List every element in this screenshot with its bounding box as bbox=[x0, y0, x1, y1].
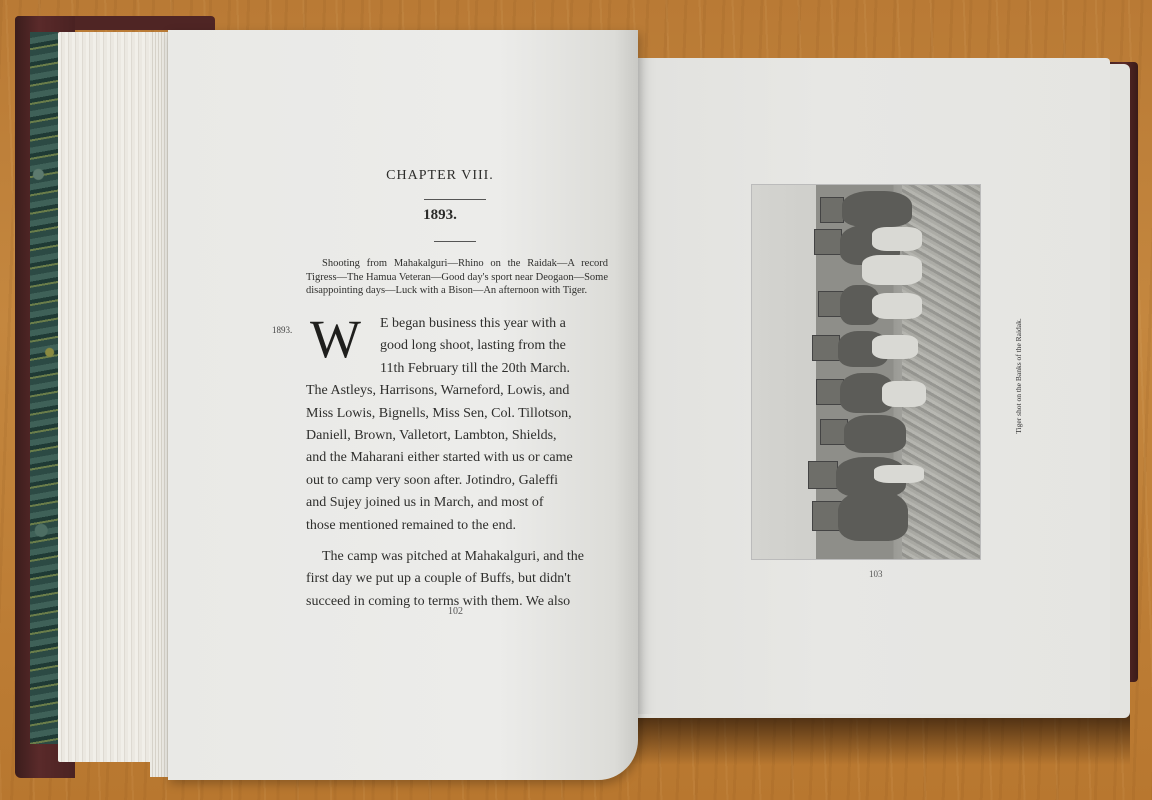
body-line: The Astleys, Harrisons, Warneford, Lowis… bbox=[306, 380, 600, 402]
person bbox=[872, 293, 922, 319]
marbled-endpaper bbox=[30, 32, 58, 744]
page-number-left: 102 bbox=[448, 606, 463, 617]
elephant bbox=[844, 415, 906, 453]
elephant bbox=[838, 491, 908, 541]
person bbox=[874, 465, 924, 483]
chapter-heading: CHAPTER VIII. bbox=[370, 168, 510, 184]
body-line: out to camp very soon after. Jotindro, G… bbox=[306, 470, 600, 492]
body-line: Daniell, Brown, Valletort, Lambton, Shie… bbox=[306, 425, 600, 447]
person bbox=[872, 227, 922, 251]
body-line: The camp was pitched at Mahakalguri, and… bbox=[306, 546, 600, 568]
heading-rule bbox=[424, 199, 486, 200]
body-line: E began business this year with a bbox=[306, 313, 600, 335]
chapter-summary: Shooting from Mahakalguri—Rhino on the R… bbox=[306, 257, 608, 298]
person bbox=[862, 255, 922, 285]
body-line: and Sujey joined us in March, and most o… bbox=[306, 492, 600, 514]
body-text: E began business this year with a good l… bbox=[306, 313, 600, 613]
body-line: and the Maharani either started with us … bbox=[306, 447, 600, 469]
howdah bbox=[812, 335, 840, 361]
page-number-right: 103 bbox=[869, 569, 883, 579]
plate-caption: Tiger shot on the Banks of the Raidak. bbox=[1014, 296, 1026, 456]
howdah bbox=[814, 229, 842, 255]
howdah bbox=[820, 197, 844, 223]
person bbox=[872, 335, 918, 359]
body-line: 11th February till the 20th March. bbox=[306, 358, 600, 380]
summary-text: Shooting from Mahakalguri—Rhino on the R… bbox=[306, 257, 608, 298]
body-line: those mentioned remained to the end. bbox=[306, 515, 600, 537]
photo-plate bbox=[751, 184, 981, 560]
person bbox=[882, 381, 926, 407]
howdah bbox=[808, 461, 838, 489]
body-line: good long shoot, lasting from the bbox=[306, 335, 600, 357]
year-rule bbox=[434, 241, 476, 242]
elephant bbox=[842, 191, 912, 227]
year-heading: 1893. bbox=[400, 207, 480, 224]
margin-note: 1893. bbox=[272, 325, 292, 335]
body-line: first day we put up a couple of Buffs, b… bbox=[306, 568, 600, 590]
body-line: Miss Lowis, Bignells, Miss Sen, Col. Til… bbox=[306, 403, 600, 425]
